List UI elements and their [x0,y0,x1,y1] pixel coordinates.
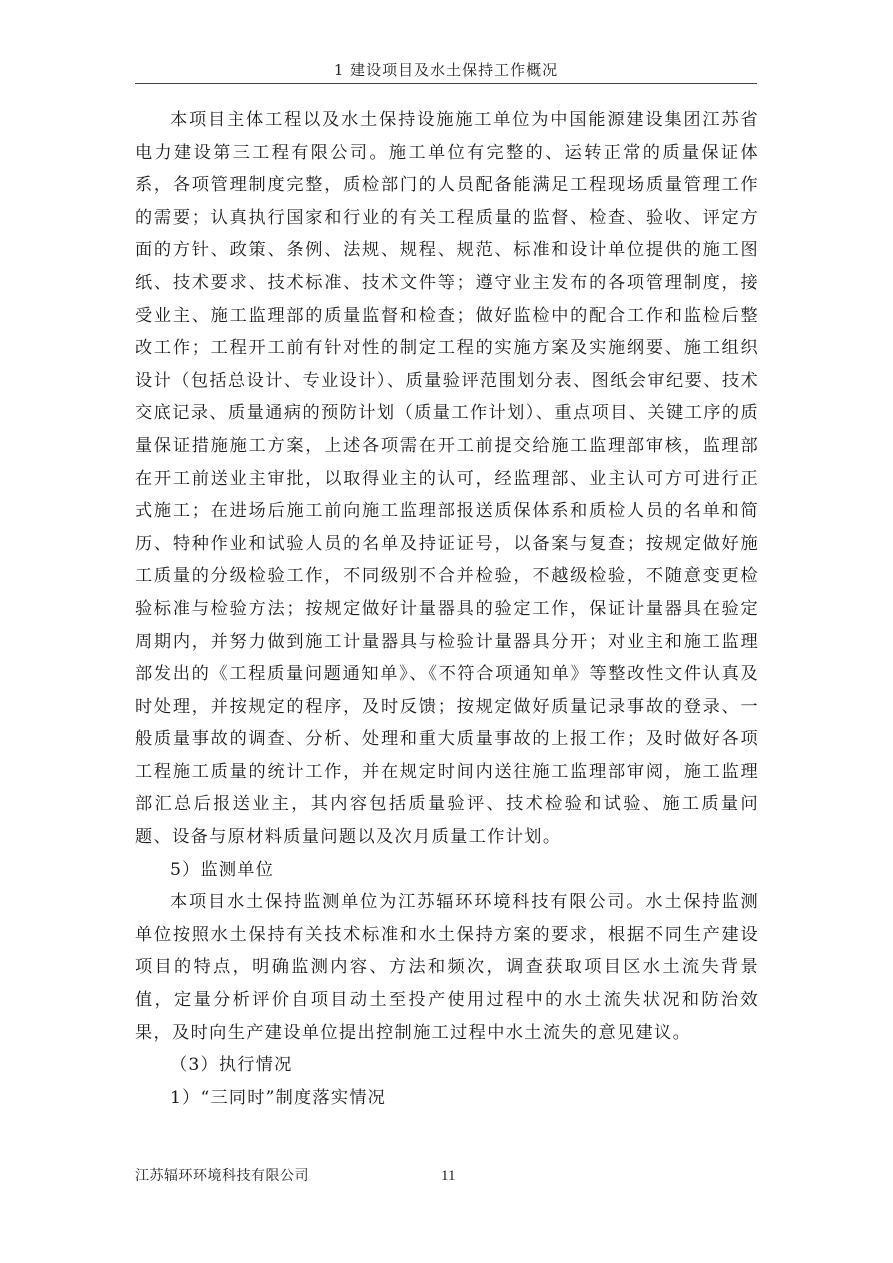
chapter-title: 1 建设项目及水土保持工作概况 [334,61,558,79]
section-heading-implementation: （3）执行情况 [135,1049,759,1082]
document-body: 本项目主体工程以及水土保持设施施工单位为中国能源建设集团江苏省电力建设第三工程有… [135,104,759,1114]
page-number: 11 [441,1166,455,1186]
section-heading-three-simultaneous: 1）“三同时”制度落实情况 [135,1082,759,1115]
page-header: 1 建设项目及水土保持工作概况 [135,60,757,80]
section-heading-monitoring-unit: 5）监测单位 [135,854,759,887]
header-divider [135,83,757,84]
monitoring-unit-paragraph: 本项目水土保持监测单位为江苏辐环环境科技有限公司。水土保持监测单位按照水土保持有… [135,886,759,1049]
footer-company-name: 江苏辐环环境科技有限公司 [135,1166,309,1186]
construction-unit-paragraph: 本项目主体工程以及水土保持设施施工单位为中国能源建设集团江苏省电力建设第三工程有… [135,104,759,854]
page-footer: 江苏辐环环境科技有限公司 11 [135,1166,757,1186]
